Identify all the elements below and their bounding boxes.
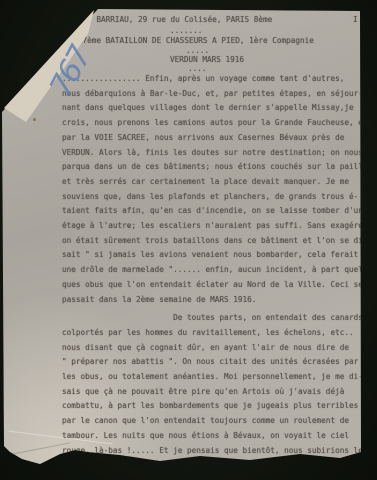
document-title: VERDUN MARS 1916: [170, 55, 244, 64]
dotted-separator: .......: [170, 26, 202, 35]
dotted-separator: .....: [186, 46, 209, 55]
text-line: on était sûrement trois bataillons dans …: [62, 234, 374, 249]
scanned-document-view: Ernest BARRIAU, 29 rue du Colisée, PARIS…: [0, 0, 377, 480]
text-line: sait " si jamais les avions venaient nou…: [62, 248, 374, 263]
text-line: nous disant que çà cognait dûr, en ayant…: [62, 341, 374, 356]
text-line: tambour. Les nuits que nous étions à Bév…: [62, 429, 374, 444]
text-line: taient faits afin, qu'en cas d'incendie,…: [62, 204, 374, 219]
paper-crease: [3, 443, 70, 457]
text-line: et très serrés car certainement la place…: [62, 175, 374, 190]
text-line: De toutes parts, on entendait des canard…: [62, 311, 374, 326]
text-line: souviens que, dans les plafonds et planc…: [62, 190, 374, 205]
text-line: crois, nous prenons les camions autos po…: [62, 116, 374, 131]
text-line: les obus, ou totalement anéanties. Moi p…: [62, 370, 374, 385]
text-line: rouge, là-bas !..... Et je pensais que b…: [62, 444, 374, 459]
page-number: I: [353, 15, 358, 24]
military-unit-line: du 17ème BATAILLON DE CHASSEURS A PIED, …: [64, 36, 314, 45]
text-line: sais que çà ne pouvait être pire qu'en A…: [62, 385, 374, 400]
text-line: parqua dans un de ces bâtiments; nous ét…: [62, 160, 374, 175]
text-line: une drôle de marmelade "...... enfin, au…: [62, 263, 374, 278]
text-line: passait dans la 2ème semaine de MARS 191…: [62, 293, 374, 308]
paragraph-2: De toutes parts, on entendait des canard…: [62, 311, 374, 458]
text-line: ques obus que l'on entendait éclater au …: [62, 278, 374, 293]
stain-speck: [26, 71, 32, 78]
text-line: " préparer nos abattis ". On nous citait…: [62, 355, 374, 370]
text-line: par la VOIE SACREE, nous arrivons aux Ca…: [62, 131, 374, 146]
stain-speck: [33, 118, 36, 121]
text-line: combattu, à part les bombardements que j…: [62, 399, 374, 414]
author-address-line: Ernest BARRIAU, 29 rue du Colisée, PARIS…: [64, 15, 272, 24]
text-line: étage à l'autre; les escaliers n'auraien…: [62, 219, 374, 234]
text-line: colportés par les hommes du ravitailleme…: [62, 326, 374, 341]
typewritten-body: ................. Enfin, après un voyage…: [62, 72, 374, 458]
text-line: VERDUN. Alors là, finis les doutes sur n…: [62, 146, 374, 161]
text-line: par le canon que l'on entendait toujours…: [62, 414, 374, 429]
